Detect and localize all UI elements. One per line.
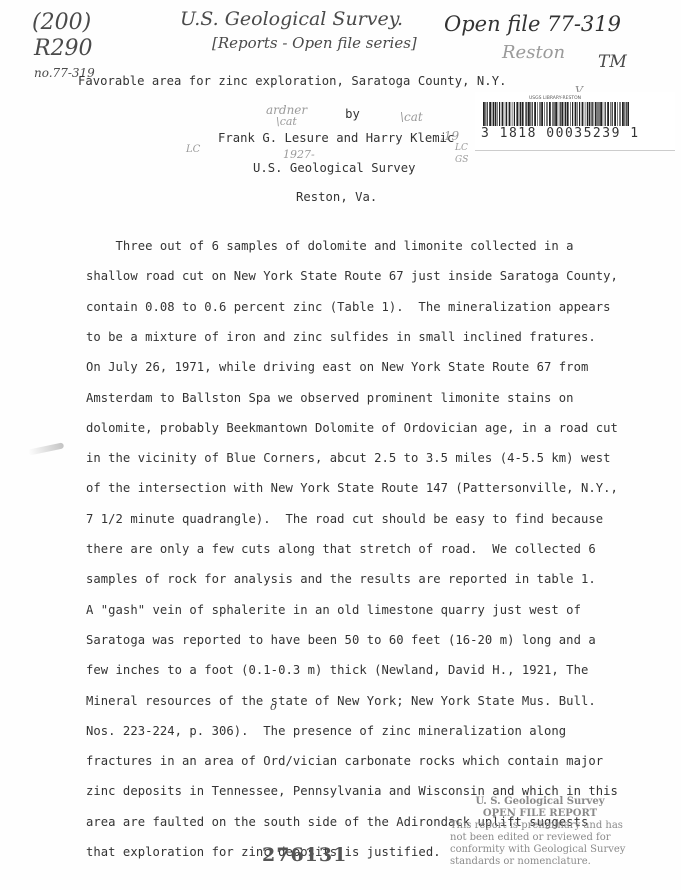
body-line: Three out of 6 samples of dolomite and l… [86,239,574,253]
body-line: shallow road cut on New York State Route… [86,269,618,283]
barcode-library-label: USGS LIBRARY-RESTON [475,96,635,101]
library-barcode-label: USGS LIBRARY-RESTON 3 1818 00035239 1 [475,92,675,151]
byline-by: by [12,107,681,121]
body-line: few inches to a foot (0.1-0.3 m) thick (… [86,663,588,677]
body-line: A "gash" vein of sphalerite in an old li… [86,603,581,617]
body-line: there are only a few cuts along that str… [86,542,596,556]
body-line: fractures in an area of Ord/vician carbo… [86,754,603,768]
body-line: 7 1/2 minute quadrangle). The road cut s… [86,512,603,526]
body-line: Mineral resources of the state of New Yo… [86,694,596,708]
body-line: Amsterdam to Ballston Spa we observed pr… [86,391,574,405]
handwritten-author-note-3: 1927- [283,148,315,161]
handwritten-initials: TM [598,52,627,72]
body-line: contain 0.08 to 0.6 percent zinc (Table … [86,300,611,314]
open-file-report-stamp: U. S. Geological Survey OPEN FILE REPORT… [440,796,680,868]
document-page: (200) R290 no.77-319 U.S. Geological Sur… [0,0,681,890]
body-line: to be a mixture of iron and zinc sulfide… [86,330,596,344]
stamp-disclaimer-1: This report is preliminary and has [440,820,680,832]
stamp-agency: U. S. Geological Survey [440,796,640,808]
stamp-disclaimer-4: standards or nomenclature. [440,856,680,868]
handwritten-lc-left: LC [186,144,200,155]
body-line: Saratoga was reported to have been 50 to… [86,633,596,647]
location: Reston, Va. [296,190,377,204]
stamp-disclaimer-3: conformity with Geological Survey [440,844,680,856]
handwritten-gs-right: GS [455,155,468,165]
body-line: in the vicinity of Blue Corners, abcut 2… [86,451,611,465]
stamp-open-file-report: OPEN FILE REPORT [440,808,640,820]
authors: Frank G. Lesure and Harry Klemic [218,131,454,145]
body-line: samples of rock for analysis and the res… [86,572,596,586]
stamp-disclaimer-2: not been edited or reviewed for [440,832,680,844]
barcode-number: 3 1818 00035239 1 [481,126,640,141]
handwritten-lc-right: LC [455,143,468,153]
affiliation: U.S. Geological Survey [253,161,416,175]
body-line: On July 26, 1971, while driving east on … [86,360,588,374]
handwritten-series-1: U.S. Geological Survey. [180,8,403,30]
document-title: Favorable area for zinc exploration, Sar… [78,74,506,88]
accession-number: 276131 [262,844,347,866]
body-line: dolomite, probably Beekmantown Dolomite … [86,421,618,435]
handwritten-ordovician-correction: o [270,700,277,713]
handwritten-series-2: [Reports - Open file series] [212,34,417,52]
handwritten-call-number-1: (200) [32,10,91,35]
pencil-smudge [28,442,64,455]
handwritten-call-number-2: R290 [34,36,93,61]
handwritten-location: Reston [502,42,565,63]
body-line: Nos. 223-224, p. 306). The presence of z… [86,724,566,738]
handwritten-open-file: Open file 77-319 [444,12,621,36]
body-line: of the intersection with New York State … [86,481,618,495]
